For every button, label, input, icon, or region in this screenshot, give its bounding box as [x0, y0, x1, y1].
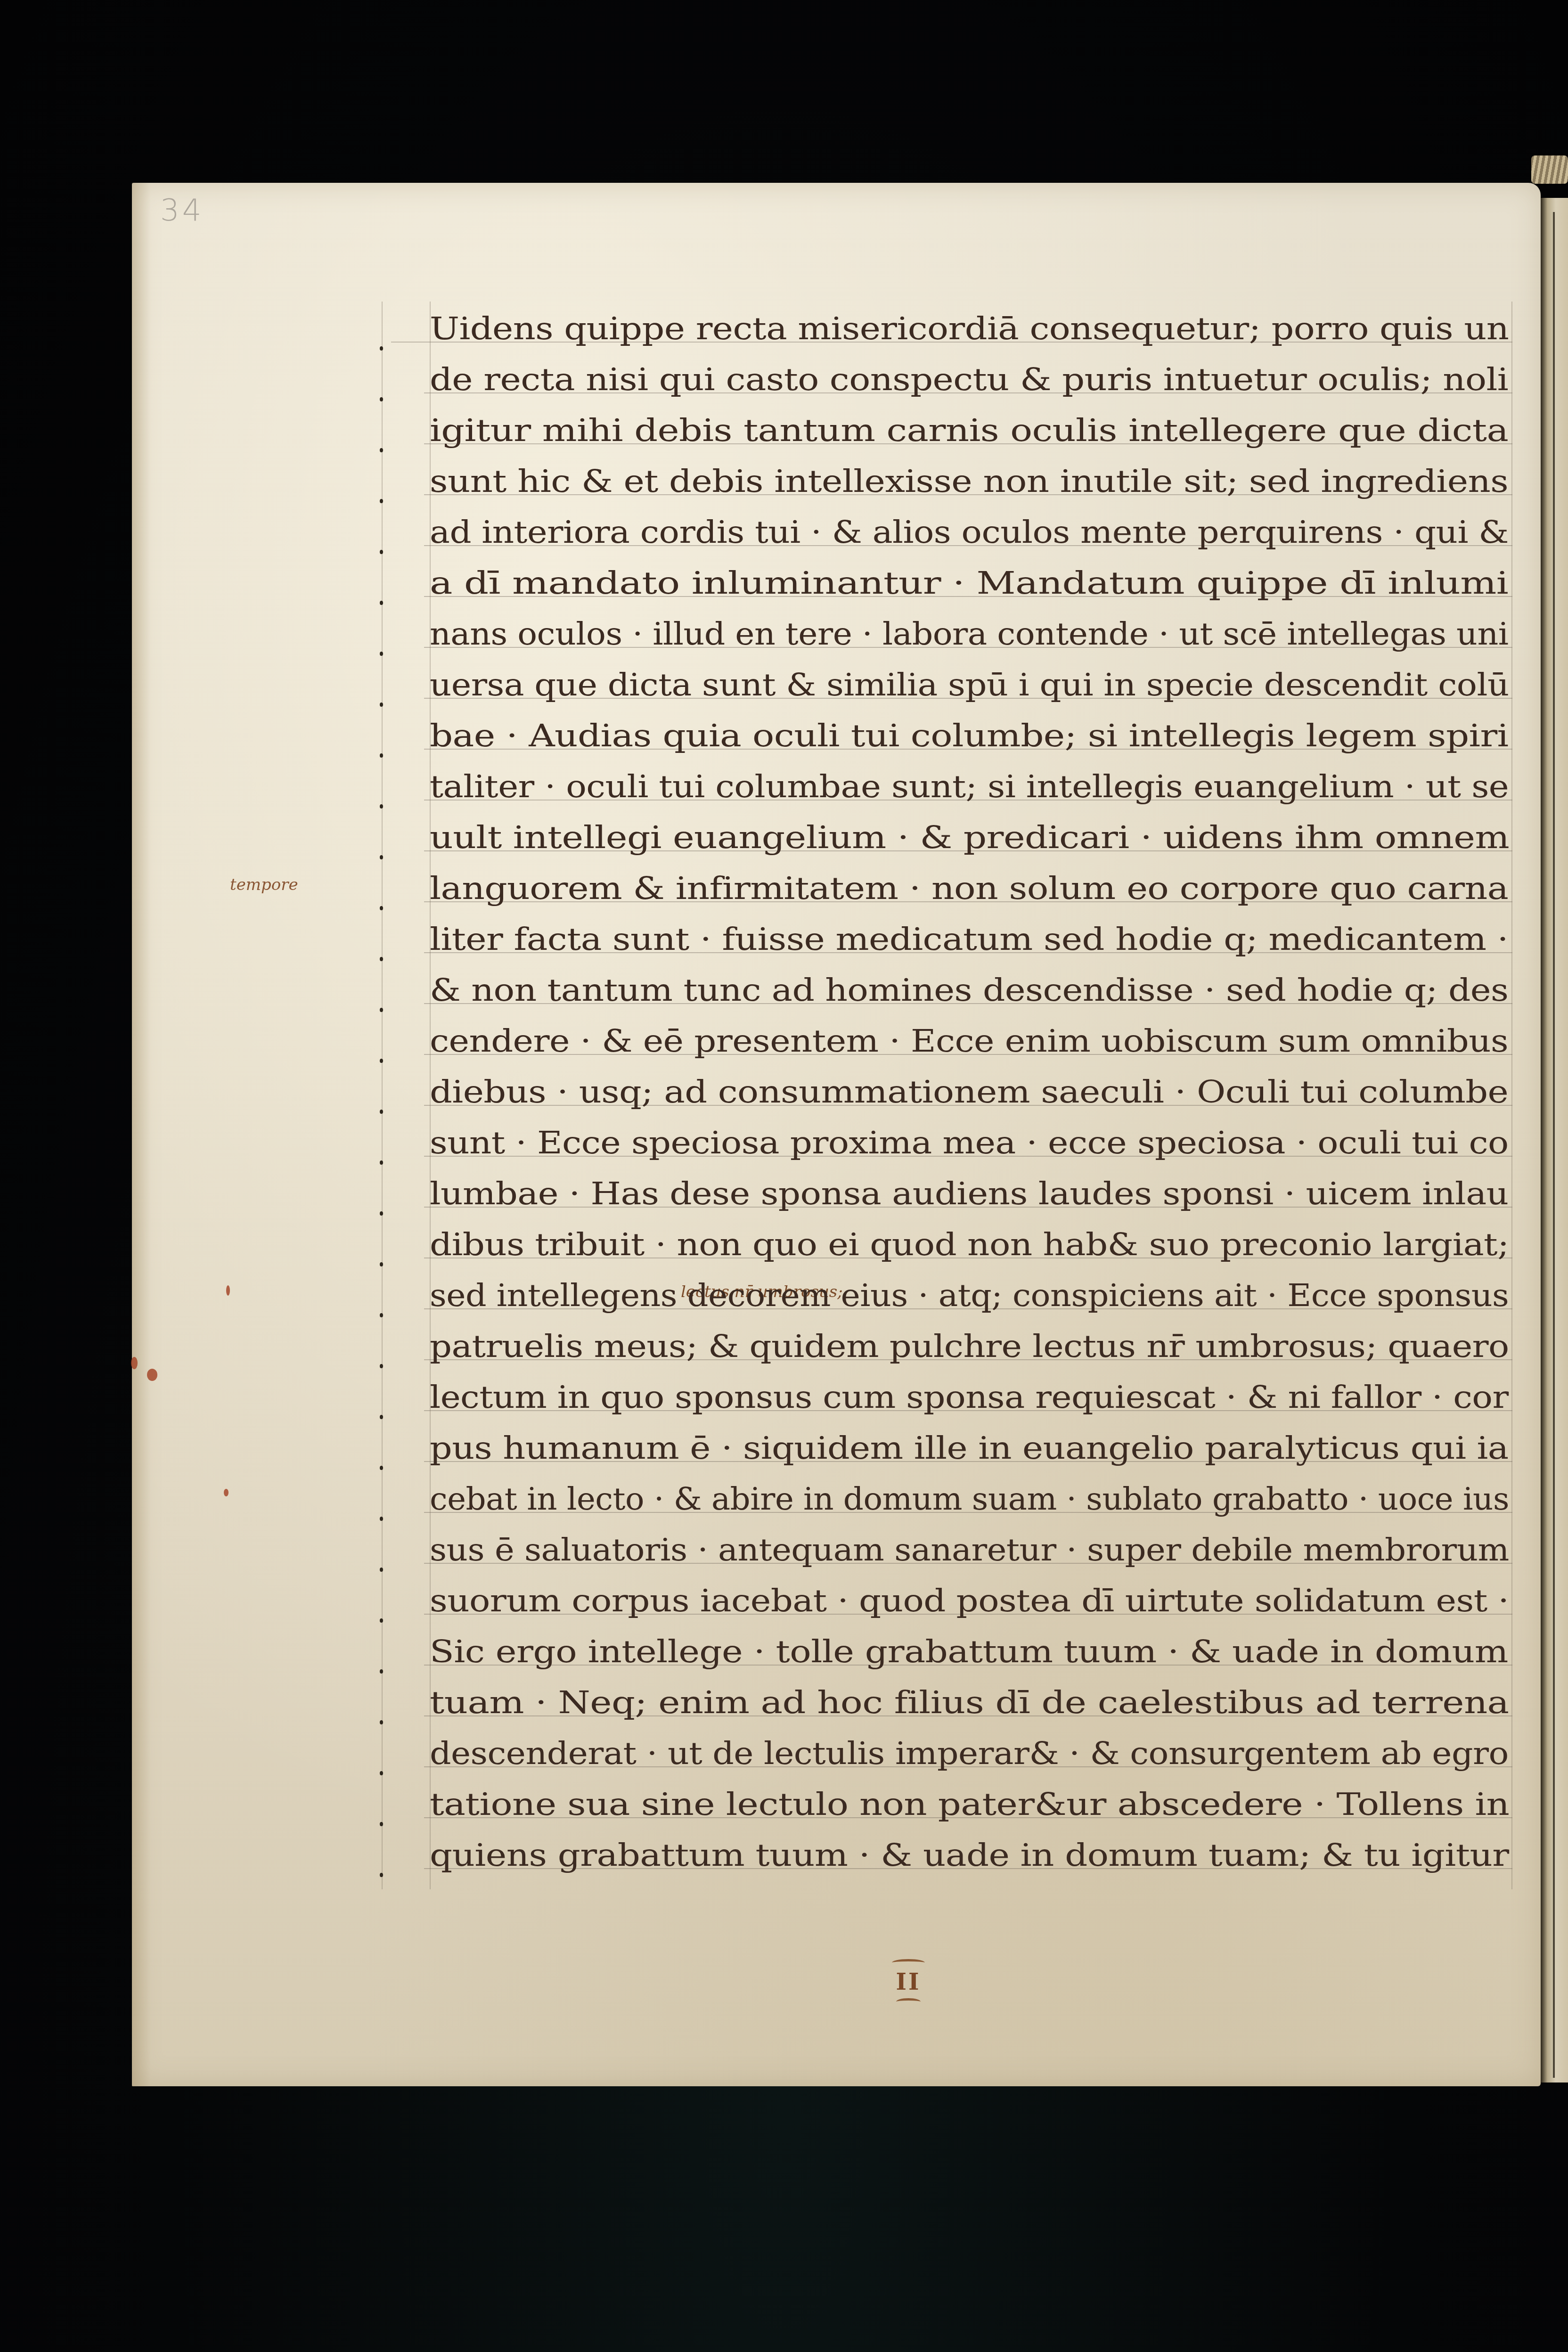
text-line: uult intellegi euangelium · & predicari …	[430, 822, 1509, 853]
pricking-hole	[380, 601, 383, 605]
pricking-hole	[380, 1720, 383, 1724]
pricking-hole	[380, 1008, 383, 1012]
pricking-hole	[380, 702, 383, 707]
leaf-edge-shading	[132, 183, 151, 2086]
pricking-hole	[380, 1466, 383, 1470]
pricking-hole	[380, 1568, 383, 1572]
pricking-hole	[380, 1669, 383, 1674]
text-line: sus ē saluatoris · antequam sanaretur · …	[430, 1535, 1509, 1566]
text-line: languorem & infirmitatem · non solum eo …	[430, 873, 1508, 904]
red-stain	[131, 1357, 138, 1369]
signature-flourish-bottom	[896, 1998, 921, 2005]
text-line: pus humanum ē · siquidem ille in euangel…	[430, 1433, 1509, 1464]
pricking-hole	[380, 1160, 383, 1165]
text-line: tuam · Neq; enim ad hoc filius dī de cae…	[430, 1687, 1509, 1718]
pricking-hole	[380, 1364, 383, 1368]
text-line: Sic ergo intellege · tolle grabattum tuu…	[430, 1636, 1508, 1667]
signature-flourish-top	[892, 1959, 925, 1966]
pricking-hole	[380, 1415, 383, 1419]
pricking-hole	[380, 397, 383, 401]
quire-numeral: II	[892, 1969, 925, 1995]
pricking-hole	[380, 1211, 383, 1216]
text-line: taliter · oculi tui columbae sunt; si in…	[430, 771, 1509, 802]
pricking-hole	[380, 448, 383, 452]
text-line: uersa que dicta sunt & similia spū i qui…	[430, 670, 1509, 701]
quire-signature: II	[892, 1959, 925, 2005]
pricking-hole	[380, 346, 383, 351]
text-line: cebat in lecto · & abire in domum suam ·…	[430, 1484, 1509, 1515]
text-line: diebus · usq; ad consummationem saeculi …	[430, 1077, 1508, 1108]
text-line: ad interiora cordis tui · & alios oculos…	[430, 517, 1509, 548]
text-line: dibus tribuit · non quo ei quod non hab&…	[430, 1229, 1509, 1260]
red-stain	[226, 1285, 230, 1296]
folio-number: 34	[160, 193, 204, 228]
text-line: liter facta sunt · fuisse medicatum sed …	[430, 924, 1508, 955]
pricking-hole	[380, 804, 383, 808]
text-line: nans oculos · illud en tere · labora con…	[430, 619, 1508, 650]
pricking-hole	[380, 906, 383, 910]
ruling-left-outer	[382, 302, 383, 1889]
pricking-hole	[380, 1110, 383, 1114]
text-line: Uidens quippe recta misericordiā consequ…	[430, 313, 1509, 344]
pricking-hole	[380, 957, 383, 961]
pricking-hole	[380, 499, 383, 503]
text-line: descenderat · ut de lectulis imperar& · …	[430, 1738, 1509, 1769]
pricking-hole	[380, 1771, 383, 1775]
text-line: igitur mihi debis tantum carnis oculis i…	[430, 415, 1508, 446]
text-line: a dī mandato inluminantur · Mandatum qui…	[430, 568, 1508, 599]
text-line: sunt hic & et debis intellexisse non inu…	[430, 466, 1508, 497]
pricking-hole	[380, 855, 383, 859]
red-stain	[224, 1489, 229, 1496]
text-line: suorum corpus iacebat · quod postea dī u…	[430, 1585, 1509, 1617]
text-line: sed intellegens decorem eius · atq; cons…	[430, 1280, 1509, 1311]
pricking-hole	[380, 1262, 383, 1266]
text-line: patruelis meus; & quidem pulchre lectus …	[430, 1331, 1509, 1362]
pricking-hole	[380, 753, 383, 758]
pricking-hole	[380, 1313, 383, 1317]
ruling-right	[1511, 302, 1512, 1889]
binding-thread-top	[1531, 155, 1568, 184]
pricking-hole	[380, 1873, 383, 1877]
text-line: sunt · Ecce speciosa proxima mea · ecce …	[430, 1127, 1509, 1159]
pricking-hole	[380, 1822, 383, 1826]
text-line: bae · Audias quia oculi tui columbe; si …	[430, 720, 1509, 751]
pricking-hole	[380, 1517, 383, 1521]
pricking-hole	[380, 550, 383, 554]
text-line: de recta nisi qui casto conspectu & puri…	[430, 364, 1508, 395]
text-line: lumbae · Has dese sponsa audiens laudes …	[430, 1178, 1509, 1209]
text-line: & non tantum tunc ad homines descendisse…	[430, 975, 1509, 1006]
text-line: tatione sua sine lectulo non pater&ur ab…	[430, 1789, 1509, 1820]
pricking-hole	[380, 1618, 383, 1623]
pricking-hole	[380, 1059, 383, 1063]
text-line: quiens grabattum tuum · & uade in domum …	[430, 1840, 1509, 1871]
red-stain	[147, 1369, 157, 1381]
gutter-fold	[1553, 212, 1555, 2078]
text-line: cendere · & eē presentem · Ecce enim uob…	[430, 1026, 1508, 1057]
text-line: lectum in quo sponsus cum sponsa requies…	[430, 1382, 1509, 1413]
pricking-hole	[380, 652, 383, 656]
marginal-note: tempore	[230, 875, 298, 894]
